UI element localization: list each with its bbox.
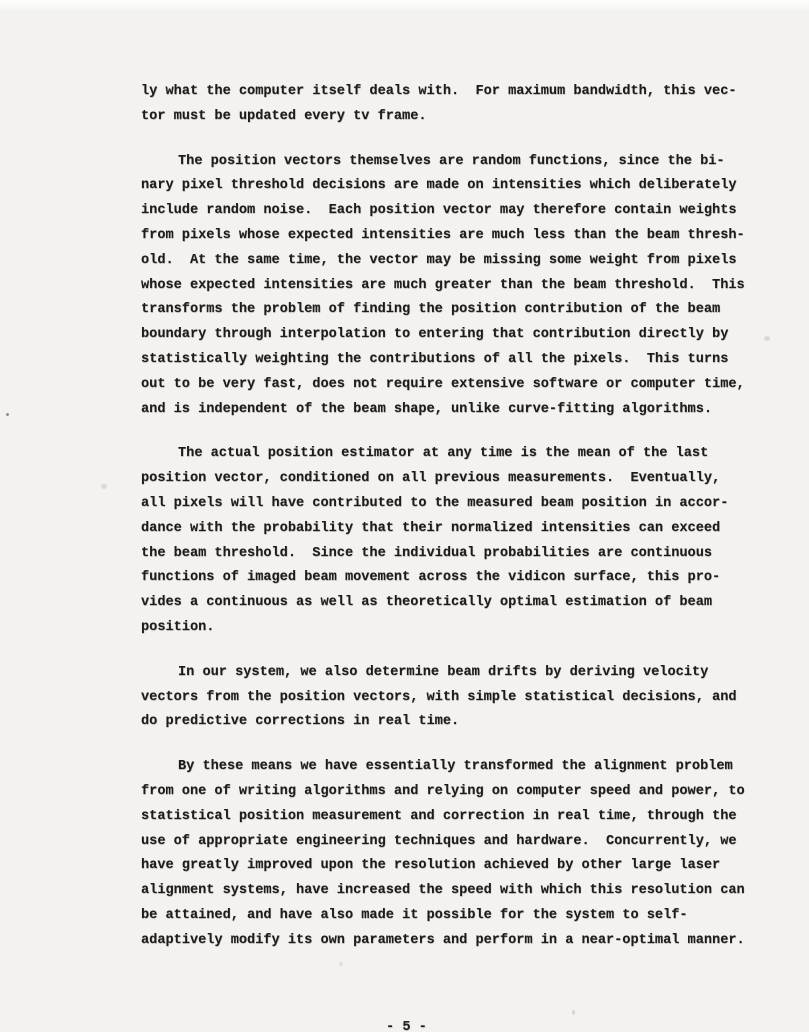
scan-speck bbox=[764, 336, 770, 341]
document-body: ly what the computer itself deals with. … bbox=[141, 80, 755, 974]
scan-top-edge bbox=[0, 0, 809, 12]
scan-speck bbox=[572, 1010, 575, 1015]
paragraph: In our system, we also determine beam dr… bbox=[141, 661, 755, 735]
paragraph: The actual position estimator at any tim… bbox=[141, 442, 755, 640]
paragraph: The position vectors themselves are rand… bbox=[141, 150, 755, 423]
paragraph: By these means we have essentially trans… bbox=[141, 755, 755, 953]
page-number: - 5 - bbox=[386, 1020, 427, 1032]
scan-speck bbox=[101, 484, 107, 489]
scan-speck bbox=[6, 413, 9, 416]
scanned-page: ly what the computer itself deals with. … bbox=[0, 0, 809, 1032]
paragraph: ly what the computer itself deals with. … bbox=[141, 80, 755, 130]
